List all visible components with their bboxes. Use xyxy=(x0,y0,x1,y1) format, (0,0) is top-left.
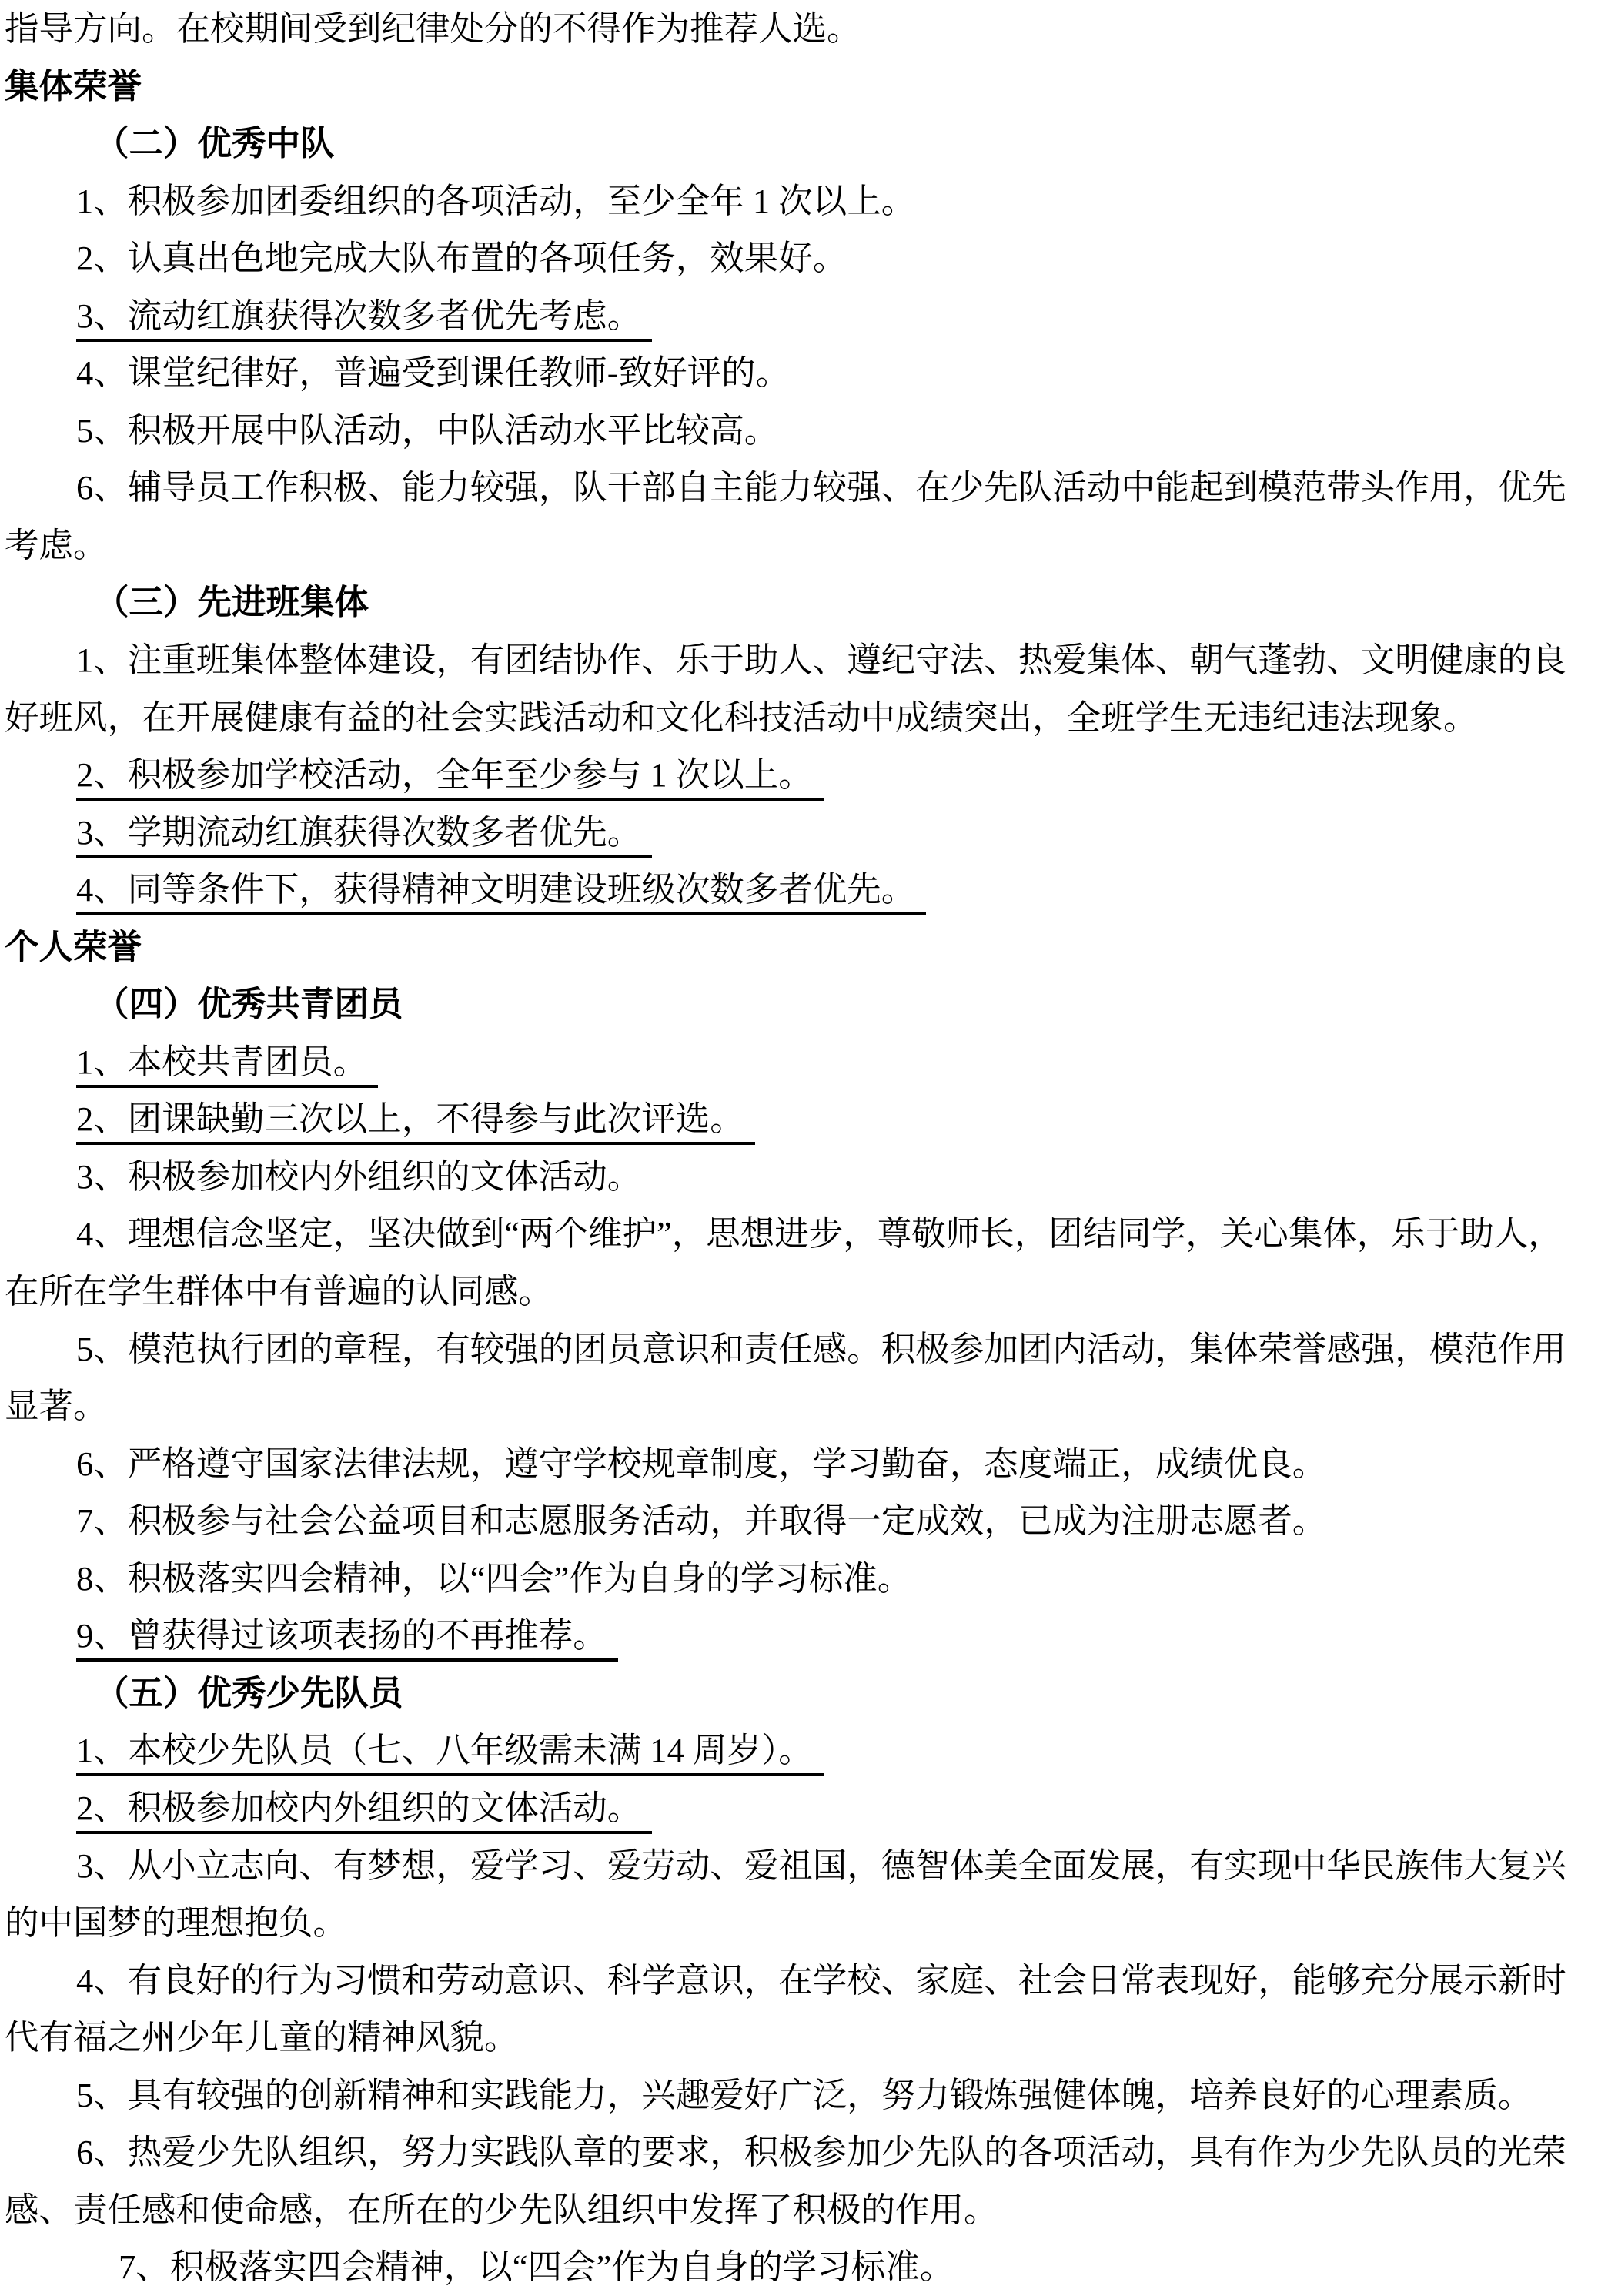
line-text: 1、积极参加团委组织的各项活动，至少全年 1 次以上。 xyxy=(76,182,915,220)
paragraph-line: 4、理想信念坚定，坚决做到“两个维护”，思想进步，尊敬师长，团结同学，关心集体，… xyxy=(0,1205,1618,1263)
line-text: 2、积极参加学校活动，全年至少参与 1 次以上。 xyxy=(76,755,824,801)
paragraph-line: 3、从小立志向、有梦想，爱学习、爱劳动、爱祖国，德智体美全面发展，有实现中华民族… xyxy=(0,1837,1618,1895)
underlined-clause-line: 2、积极参加校内外组织的文体活动。 xyxy=(0,1779,1618,1837)
line-text: 6、严格遵守国家法律法规，遵守学校规章制度，学习勤奋，态度端正，成绩优良。 xyxy=(76,1444,1326,1483)
paragraph-line: 4、课堂纪律好，普遍受到课任教师-致好评的。 xyxy=(0,344,1618,402)
underlined-clause-line: 3、流动红旗获得次数多者优先考虑。 xyxy=(0,287,1618,345)
underlined-clause-line: 2、积极参加学校活动，全年至少参与 1 次以上。 xyxy=(0,746,1618,804)
line-text: 9、曾获得过该项表扬的不再推荐。 xyxy=(76,1616,618,1662)
line-text: 感、责任感和使命感，在所在的少先队组织中发挥了积极的作用。 xyxy=(5,2191,998,2229)
line-text: 2、团课缺勤三次以上，不得参与此次评选。 xyxy=(76,1099,755,1145)
paragraph-line: 代有福之州少年儿童的精神风貌。 xyxy=(0,2009,1618,2067)
line-text: 5、模范执行团的章程，有较强的团员意识和责任感。积极参加团内活动，集体荣誉感强，… xyxy=(76,1330,1566,1368)
line-text: 4、理想信念坚定，坚决做到“两个维护”，思想进步，尊敬师长，团结同学，关心集体，… xyxy=(76,1214,1563,1253)
line-text: 8、积极落实四会精神，以“四会”作为自身的学习标准。 xyxy=(76,1559,911,1598)
section-heading-line: （三）先进班集体 xyxy=(0,574,1618,631)
paragraph-line: 1、注重班集体整体建设，有团结协作、乐于助人、遵纪守法、热爱集体、朝气蓬勃、文明… xyxy=(0,631,1618,689)
line-text: 5、积极开展中队活动，中队活动水平比较高。 xyxy=(76,411,778,450)
paragraph-line: 在所在学生群体中有普遍的认同感。 xyxy=(0,1263,1618,1320)
section-heading-line: （五）优秀少先队员 xyxy=(0,1665,1618,1722)
line-text: （四）优秀共青团员 xyxy=(95,985,403,1023)
section-heading-line: （二）优秀中队 xyxy=(0,115,1618,172)
line-text: 1、本校共青团员。 xyxy=(76,1043,378,1088)
underlined-clause-line: 3、学期流动红旗获得次数多者优先。 xyxy=(0,804,1618,862)
paragraph-line: 5、模范执行团的章程，有较强的团员意识和责任感。积极参加团内活动，集体荣誉感强，… xyxy=(0,1320,1618,1378)
underlined-clause-line: 1、本校少先队员（七、八年级需未满 14 周岁）。 xyxy=(0,1722,1618,1779)
paragraph-line: 好班风，在开展健康有益的社会实践活动和文化科技活动中成绩突出，全班学生无违纪违法… xyxy=(0,689,1618,747)
line-text: 6、辅导员工作积极、能力较强，队干部自主能力较强、在少先队活动中能起到模范带头作… xyxy=(76,468,1566,507)
line-text: 1、本校少先队员（七、八年级需未满 14 周岁）。 xyxy=(76,1731,824,1776)
line-text: 显著。 xyxy=(5,1387,108,1425)
underlined-clause-line: 4、同等条件下，获得精神文明建设班级次数多者优先。 xyxy=(0,861,1618,919)
line-text: 代有福之州少年儿童的精神风貌。 xyxy=(5,2018,519,2057)
line-text: 3、积极参加校内外组织的文体活动。 xyxy=(76,1157,641,1196)
paragraph-line: 6、热爱少先队组织，努力实践队章的要求，积极参加少先队的各项活动，具有作为少先队… xyxy=(0,2124,1618,2181)
line-text: 1、注重班集体整体建设，有团结协作、乐于助人、遵纪守法、热爱集体、朝气蓬勃、文明… xyxy=(76,641,1566,679)
paragraph-line: 8、积极落实四会精神，以“四会”作为自身的学习标准。 xyxy=(0,1550,1618,1608)
paragraph-line: 感、责任感和使命感，在所在的少先队组织中发挥了积极的作用。 xyxy=(0,2181,1618,2239)
line-text: 6、热爱少先队组织，努力实践队章的要求，积极参加少先队的各项活动，具有作为少先队… xyxy=(76,2133,1566,2171)
underlined-clause-line: 1、本校共青团员。 xyxy=(0,1033,1618,1091)
line-text: 的中国梦的理想抱负。 xyxy=(5,1903,347,1942)
line-text: 7、积极落实四会精神，以“四会”作为自身的学习标准。 xyxy=(119,2247,954,2286)
line-text: 好班风，在开展健康有益的社会实践活动和文化科技活动中成绩突出，全班学生无违纪违法… xyxy=(5,698,1478,737)
section-heading-line: 个人荣誉 xyxy=(0,919,1618,976)
line-text: 3、学期流动红旗获得次数多者优先。 xyxy=(76,813,652,858)
line-text: 5、具有较强的创新精神和实践能力，兴趣爱好广泛，努力锻炼强健体魄，培养良好的心理… xyxy=(76,2076,1532,2114)
underlined-clause-line: 2、团课缺勤三次以上，不得参与此次评选。 xyxy=(0,1090,1618,1148)
line-text: 指导方向。在校期间受到纪律处分的不得作为推荐人选。 xyxy=(5,9,861,48)
paragraph-line: 考虑。 xyxy=(0,517,1618,574)
paragraph-line: 显著。 xyxy=(0,1377,1618,1435)
underlined-clause-line: 9、曾获得过该项表扬的不再推荐。 xyxy=(0,1607,1618,1665)
paragraph-line: 7、积极参与社会公益项目和志愿服务活动，并取得一定成效，已成为注册志愿者。 xyxy=(0,1492,1618,1550)
line-text: 4、课堂纪律好，普遍受到课任教师-致好评的。 xyxy=(76,353,790,392)
paragraph-line: 6、严格遵守国家法律法规，遵守学校规章制度，学习勤奋，态度端正，成绩优良。 xyxy=(0,1435,1618,1493)
paragraph-line: 指导方向。在校期间受到纪律处分的不得作为推荐人选。 xyxy=(0,0,1618,58)
line-text: 4、有良好的行为习惯和劳动意识、科学意识，在学校、家庭、社会日常表现好，能够充分… xyxy=(76,1961,1566,2000)
paragraph-line: 1、积极参加团委组织的各项活动，至少全年 1 次以上。 xyxy=(0,172,1618,230)
paragraph-line: 4、有良好的行为习惯和劳动意识、科学意识，在学校、家庭、社会日常表现好，能够充分… xyxy=(0,1952,1618,2010)
line-text: 4、同等条件下，获得精神文明建设班级次数多者优先。 xyxy=(76,870,926,915)
paragraph-line: 3、积极参加校内外组织的文体活动。 xyxy=(0,1148,1618,1206)
section-heading-line: （四）优秀共青团员 xyxy=(0,976,1618,1033)
line-text: 集体荣誉 xyxy=(5,67,142,105)
paragraph-line: 5、积极开展中队活动，中队活动水平比较高。 xyxy=(0,402,1618,460)
line-text: 7、积极参与社会公益项目和志愿服务活动，并取得一定成效，已成为注册志愿者。 xyxy=(76,1501,1326,1540)
document-page: 指导方向。在校期间受到纪律处分的不得作为推荐人选。集体荣誉（二）优秀中队1、积极… xyxy=(0,0,1618,2296)
line-text: 考虑。 xyxy=(5,526,108,564)
line-text: （五）优秀少先队员 xyxy=(95,1674,403,1712)
line-text: 3、流动红旗获得次数多者优先考虑。 xyxy=(76,296,652,342)
line-text: 2、认真出色地完成大队布置的各项任务，效果好。 xyxy=(76,239,847,277)
section-heading-line: 集体荣誉 xyxy=(0,58,1618,115)
paragraph-line: 6、辅导员工作积极、能力较强，队干部自主能力较强、在少先队活动中能起到模范带头作… xyxy=(0,459,1618,517)
line-text: （三）先进班集体 xyxy=(95,583,369,621)
line-text: 2、积极参加校内外组织的文体活动。 xyxy=(76,1789,652,1834)
paragraph-line: 2、认真出色地完成大队布置的各项任务，效果好。 xyxy=(0,229,1618,287)
line-text: 3、从小立志向、有梦想，爱学习、爱劳动、爱祖国，德智体美全面发展，有实现中华民族… xyxy=(76,1846,1566,1885)
line-text: （二）优秀中队 xyxy=(95,124,335,162)
paragraph-line: 5、具有较强的创新精神和实践能力，兴趣爱好广泛，努力锻炼强健体魄，培养良好的心理… xyxy=(0,2067,1618,2124)
paragraph-line: 的中国梦的理想抱负。 xyxy=(0,1894,1618,1952)
line-text: 在所在学生群体中有普遍的认同感。 xyxy=(5,1272,553,1310)
paragraph-line: 7、积极落实四会精神，以“四会”作为自身的学习标准。 xyxy=(0,2238,1618,2296)
line-text: 个人荣誉 xyxy=(5,928,142,966)
